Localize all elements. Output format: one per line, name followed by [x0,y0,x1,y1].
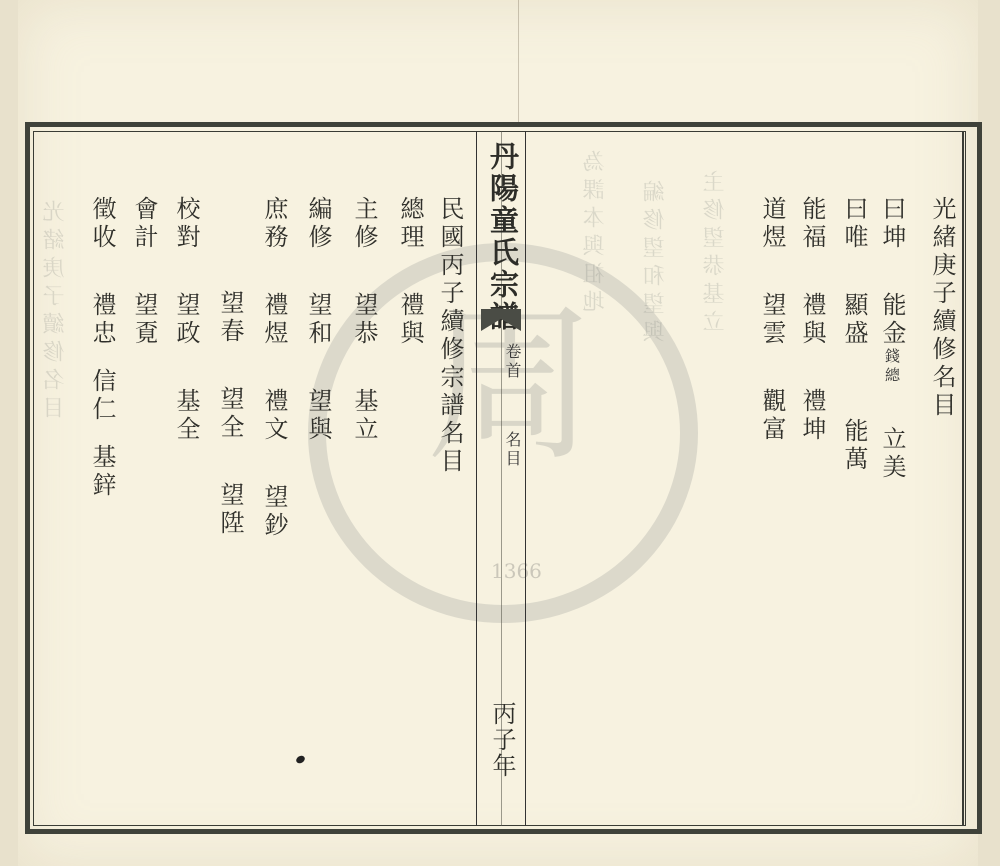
name-entry: 望和 [304,292,332,348]
role-label: 主修 [350,196,378,252]
role-label: 庶務 [260,196,288,252]
right-column-4: 道煜望雲觀富 [760,196,784,444]
name-entry: 禮與 [798,292,826,348]
section-label: 名目 [501,431,524,469]
role-label: 徵收 [88,196,116,252]
role-column-general-affairs: 庶務禮煜禮文望鈔 [262,196,286,540]
name-entry: 基立 [350,388,378,444]
right-column-2: 曰唯顯盛能萬 [842,196,866,474]
name-entry: 禮坤 [798,388,826,444]
name-entry: 能萬 [840,418,868,474]
right-column-3: 能福禮與禮坤 [800,196,824,444]
name-entry: 顯盛 [840,292,868,348]
name-entry: 望陞 [216,482,244,538]
role-column-accountant: 會計望覔 [132,196,156,348]
role-column-proofreader: 校對望政基全 [174,196,198,444]
role-column-collector: 徵收禮忠信仁基鋅 [90,196,114,500]
bleed-through-text: 光緒庚子續修名目 [40,200,71,440]
name-entry: 望雲 [758,292,786,348]
role-column-chief-editor: 主修望恭基立 [352,196,376,444]
book-spine-column: 丹陽童氏宗譜 卷首 名目 丙子年 [476,131,526,826]
name-entry: 基全 [172,388,200,444]
name-entry: 能金 [878,292,906,348]
role-label: 總理 [396,196,424,252]
name-entry: 望與 [304,388,332,444]
name-entry: 望覔 [130,292,158,348]
right-page-heading: 光緒庚子續修名目 [930,196,954,420]
role-label: 校對 [172,196,200,252]
name-entry: 望政 [172,292,200,348]
name-entry: 信仁 [88,368,116,424]
role-column-continued: 望春望全望陞 [218,290,242,538]
name-entry: 望恭 [350,292,378,348]
name-entry: 望全 [216,386,244,442]
name-entry: 望春 [216,290,244,346]
name-entry: 曰唯 [840,196,868,252]
page-fold-line [518,0,519,125]
role-column-compiler: 編修望和望與 [306,196,330,444]
right-column-1: 曰坤能金錢總立美 [880,196,904,482]
role-label: 會計 [130,196,158,252]
year-mark: 丙子年 [485,701,520,779]
bleed-through-text: 主修望恭基立 [700,170,731,610]
volume-label: 卷首 [501,343,524,381]
name-entry: 望鈔 [260,484,288,540]
bleed-through-text: 編修望和望與 [640,180,671,600]
name-entry: 禮忠 [88,292,116,348]
name-entry: 曰坤 [878,196,906,252]
left-page-heading: 民國丙子續修宗譜名目 [438,196,462,476]
bleed-through-text: 為課本與祖地 [580,150,611,630]
name-entry: 觀富 [758,388,786,444]
name-entry: 立美 [878,426,906,482]
role-column-general-manager: 總理禮與 [398,196,422,348]
role-label: 編修 [304,196,332,252]
name-entry: 禮文 [260,388,288,444]
name-entry: 能福 [798,196,826,252]
right-border-rule [962,131,964,826]
name-entry: 基鋅 [88,444,116,500]
book-title: 丹陽童氏宗譜 [483,141,524,333]
annotation-note: 錢總 [883,348,901,386]
name-entry: 禮煜 [260,292,288,348]
name-entry: 道煜 [758,196,786,252]
name-entry: 禮與 [396,292,424,348]
